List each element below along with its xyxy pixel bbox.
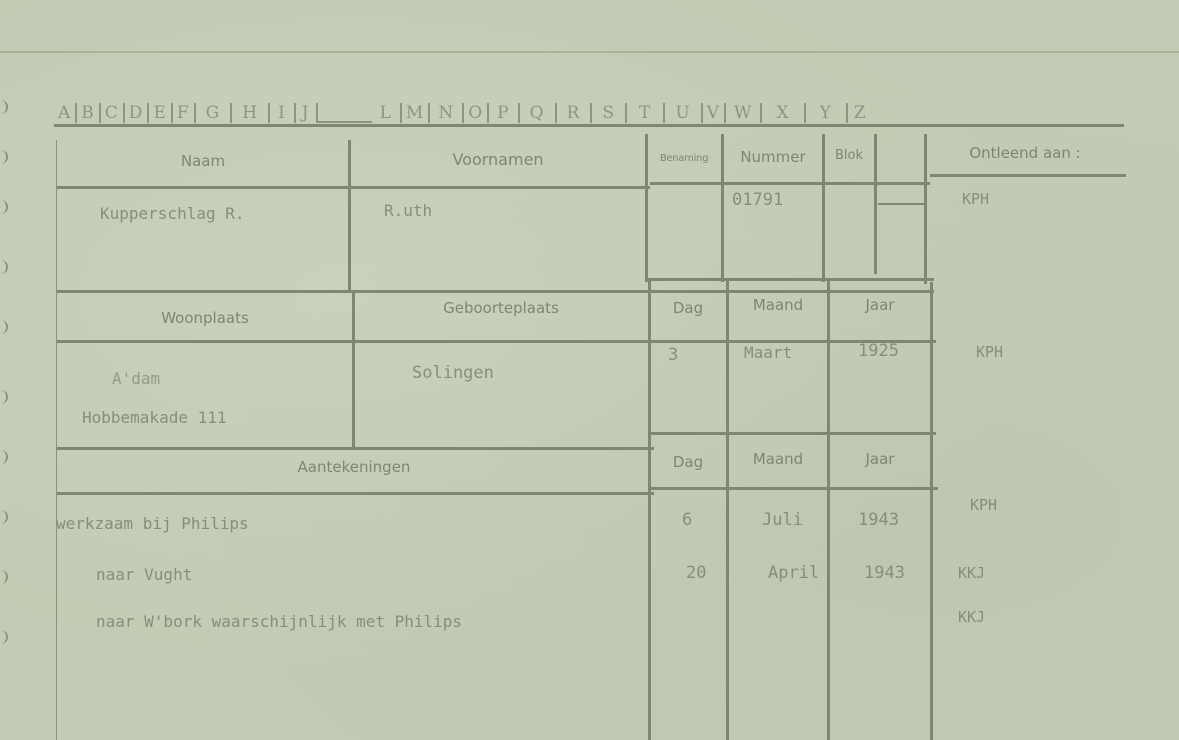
punch-hole-marks: [0, 90, 12, 690]
value-woonplaats-city: A'dam: [112, 369, 160, 388]
header-woonplaats: Woonplaats: [60, 309, 350, 327]
header-nummer: Nummer: [724, 148, 822, 166]
note-dag-2: 20: [686, 563, 706, 583]
value-woonplaats-street: Hobbemakade 111: [82, 408, 227, 427]
value-dag: 3: [668, 345, 678, 365]
alpha-tab: Y: [806, 103, 848, 123]
rule: [56, 340, 936, 343]
alpha-tab: F: [173, 103, 196, 123]
rule: [650, 487, 938, 490]
col-divider: [348, 140, 351, 290]
header-jaar: Jaar: [830, 296, 930, 314]
alpha-tab: I: [270, 103, 296, 123]
header-ontleend-aan: Ontleend aan :: [930, 144, 1120, 162]
header-geboorteplaats: Geboorteplaats: [355, 299, 647, 317]
alpha-tab: M: [402, 103, 430, 123]
alpha-tab: A: [54, 103, 77, 123]
col-divider: [726, 280, 729, 740]
alpha-tab: L: [372, 103, 402, 123]
rule: [56, 290, 934, 293]
rule: [878, 203, 926, 205]
note-source-1: KPH: [970, 496, 997, 514]
rule: [56, 492, 654, 495]
rule: [650, 182, 930, 185]
value-jaar: 1925: [858, 341, 899, 361]
col-divider: [827, 280, 830, 740]
alpha-tab: T: [627, 103, 665, 123]
note-text-1: werkzaam bij Philips: [56, 514, 249, 533]
header-maand: Maand: [729, 450, 827, 468]
note-jaar-1: 1943: [858, 510, 899, 530]
header-jaar: Jaar: [830, 450, 930, 468]
note-text-3: naar W'bork waarschijnlijk met Philips: [96, 612, 462, 631]
alpha-tab: Q: [520, 103, 557, 123]
alpha-tab: C: [101, 103, 125, 123]
rule: [650, 432, 936, 435]
rule: [56, 447, 654, 450]
alpha-tab: X: [762, 103, 805, 123]
value-maand: Maart: [744, 343, 792, 362]
header-blok: Blok: [825, 148, 873, 163]
note-text-2: naar Vught: [96, 565, 192, 584]
rule: [930, 174, 1126, 177]
note-source-3: KKJ: [958, 608, 985, 626]
note-dag-1: 6: [682, 510, 692, 530]
note-source-2: KKJ: [958, 564, 985, 582]
source-row1: KPH: [962, 190, 989, 208]
col-divider: [924, 134, 927, 284]
note-maand-1: Juli: [762, 510, 803, 530]
value-nummer: 01791: [732, 190, 783, 210]
header-maand: Maand: [729, 296, 827, 314]
note-jaar-2: 1943: [864, 563, 905, 583]
rule: [648, 278, 934, 281]
alphabet-index-tabs: A B C D E F G H I J L M N O P Q R S T U …: [54, 99, 1124, 123]
alpha-tab: B: [77, 103, 101, 123]
header-aantekeningen: Aantekeningen: [60, 458, 648, 476]
header-dag: Dag: [650, 299, 726, 317]
note-maand-2: April: [768, 563, 819, 583]
alpha-tab: Z: [848, 103, 873, 123]
alpha-tab: J: [296, 103, 318, 123]
alpha-tab: N: [430, 103, 464, 123]
alpha-tab: D: [125, 103, 150, 123]
col-divider: [930, 282, 933, 740]
value-geboorteplaats: Solingen: [412, 363, 494, 383]
header-naam: Naam: [60, 152, 346, 170]
alpha-tab: V: [703, 103, 726, 123]
alpha-tab: G: [196, 103, 233, 123]
alpha-tab: R: [557, 103, 593, 123]
source-row2: KPH: [976, 343, 1003, 361]
alpha-tab: P: [489, 103, 519, 123]
alpha-tab: H: [232, 103, 270, 123]
header-voornamen: Voornamen: [352, 150, 644, 169]
value-naam: Kupperschlag R.: [100, 204, 245, 223]
alphabet-underline: [54, 124, 1124, 127]
alpha-tab: S: [592, 103, 627, 123]
alpha-tab-cutout: [318, 121, 372, 123]
col-divider: [874, 134, 877, 274]
left-border: [56, 140, 57, 740]
header-benaming: Benaming: [647, 153, 721, 164]
value-voornamen: R.uth: [384, 201, 432, 220]
alpha-tab: E: [149, 103, 172, 123]
paper-fold-line: [0, 51, 1179, 53]
col-divider: [648, 280, 651, 740]
rule: [56, 186, 650, 189]
alpha-tab: W: [726, 103, 762, 123]
alpha-tab: O: [464, 103, 489, 123]
header-dag: Dag: [650, 453, 726, 471]
alpha-tab: U: [665, 103, 702, 123]
